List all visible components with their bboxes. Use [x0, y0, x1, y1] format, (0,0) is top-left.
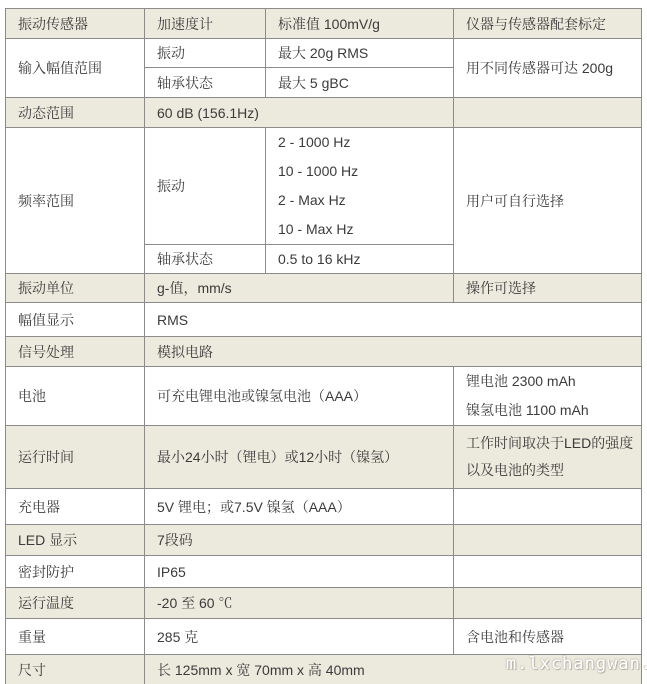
battery-note-line: 镍氢电池 1100 mAh — [466, 396, 637, 425]
frequency-range-note: 用户可自行选择 — [454, 128, 642, 274]
input-range-vibration-value: 最大 20g RMS — [266, 39, 454, 68]
label-run-time: 运行时间 — [6, 426, 145, 489]
label-battery: 电池 — [6, 367, 145, 426]
dynamic-range-row: 动态范围 60 dB (156.1Hz) — [6, 98, 642, 128]
label-vibration-unit: 振动单位 — [6, 274, 145, 303]
charger-row: 充电器 5V 锂电；或7.5V 镍氢（AAA） — [6, 489, 642, 525]
label-frequency-range: 频率范围 — [6, 128, 145, 274]
label-signal-processing: 信号处理 — [6, 337, 145, 367]
header-product: 振动传感器 — [6, 9, 145, 39]
label-dynamic-range: 动态范围 — [6, 98, 145, 128]
battery-row: 电池 可充电锂电池或镍氢电池（AAA） 锂电池 2300 mAh 镍氢电池 11… — [6, 367, 642, 426]
sealing-note-empty — [454, 556, 642, 588]
label-weight: 重量 — [6, 619, 145, 655]
vibration-unit-note: 操作可选择 — [454, 274, 642, 303]
input-range-vibration-mode: 振动 — [145, 39, 266, 68]
operating-temp-value: -20 至 60 ℃ — [145, 588, 454, 619]
header-sensor-type: 加速度计 — [145, 9, 266, 39]
sealing-row: 密封防护 IP65 — [6, 556, 642, 588]
sealing-value: IP65 — [145, 556, 454, 588]
vibration-unit-row: 振动单位 g-值，mm/s 操作可选择 — [6, 274, 642, 303]
battery-value: 可充电锂电池或镍氢电池（AAA） — [145, 367, 454, 426]
spec-table: 振动传感器 加速度计 标准值 100mV/g 仪器与传感器配套标定 输入幅值范围… — [5, 8, 642, 684]
header-row: 振动传感器 加速度计 标准值 100mV/g 仪器与传感器配套标定 — [6, 9, 642, 39]
amplitude-display-row: 幅值显示 RMS — [6, 303, 642, 337]
label-input-range: 输入幅值范围 — [6, 39, 145, 98]
run-time-value: 最小24小时（锂电）或12小时（镍氢） — [145, 426, 454, 489]
watermark: m.lxchangwan.com — [506, 654, 647, 674]
input-range-bearing-mode: 轴承状态 — [145, 68, 266, 98]
dynamic-range-note-empty — [454, 98, 642, 128]
operating-temp-row: 运行温度 -20 至 60 ℃ — [6, 588, 642, 619]
frequency-bearing-mode: 轴承状态 — [145, 245, 266, 274]
battery-note-line: 锂电池 2300 mAh — [466, 367, 637, 396]
run-time-note: 工作时间取决于LED的强度 以及电池的类型 — [454, 426, 642, 489]
label-amplitude-display: 幅值显示 — [6, 303, 145, 337]
led-display-note-empty — [454, 525, 642, 556]
battery-note: 锂电池 2300 mAh 镍氢电池 1100 mAh — [454, 367, 642, 426]
frequency-option: 2 - 1000 Hz — [278, 128, 449, 157]
label-led-display: LED 显示 — [6, 525, 145, 556]
signal-processing-row: 信号处理 模拟电路 — [6, 337, 642, 367]
dynamic-range-value: 60 dB (156.1Hz) — [145, 98, 454, 128]
label-dimensions: 尺寸 — [6, 655, 145, 684]
run-time-note-line: 以及电池的类型 — [466, 457, 637, 484]
signal-processing-value: 模拟电路 — [145, 337, 642, 367]
weight-value: 285 克 — [145, 619, 454, 655]
frequency-option: 2 - Max Hz — [278, 186, 449, 215]
amplitude-display-value: RMS — [145, 303, 642, 337]
frequency-option: 10 - 1000 Hz — [278, 157, 449, 186]
frequency-range-row-vibration: 频率范围 振动 2 - 1000 Hz 10 - 1000 Hz 2 - Max… — [6, 128, 642, 245]
input-range-note: 用不同传感器可达 200g — [454, 39, 642, 98]
vibration-unit-value: g-值，mm/s — [145, 274, 454, 303]
led-display-row: LED 显示 7段码 — [6, 525, 642, 556]
operating-temp-note-empty — [454, 588, 642, 619]
frequency-vibration-values: 2 - 1000 Hz 10 - 1000 Hz 2 - Max Hz 10 -… — [266, 128, 454, 245]
frequency-bearing-value: 0.5 to 16 kHz — [266, 245, 454, 274]
header-standard-value: 标准值 100mV/g — [266, 9, 454, 39]
charger-note-empty — [454, 489, 642, 525]
label-operating-temp: 运行温度 — [6, 588, 145, 619]
label-charger: 充电器 — [6, 489, 145, 525]
run-time-note-line: 工作时间取决于LED的强度 — [466, 430, 637, 457]
led-display-value: 7段码 — [145, 525, 454, 556]
header-calibration-note: 仪器与传感器配套标定 — [454, 9, 642, 39]
run-time-row: 运行时间 最小24小时（锂电）或12小时（镍氢） 工作时间取决于LED的强度 以… — [6, 426, 642, 489]
frequency-option: 10 - Max Hz — [278, 215, 449, 244]
weight-row: 重量 285 克 含电池和传感器 — [6, 619, 642, 655]
charger-value: 5V 锂电；或7.5V 镍氢（AAA） — [145, 489, 454, 525]
label-sealing: 密封防护 — [6, 556, 145, 588]
weight-note: 含电池和传感器 — [454, 619, 642, 655]
frequency-vibration-mode: 振动 — [145, 128, 266, 245]
input-range-bearing-value: 最大 5 gBC — [266, 68, 454, 98]
input-range-row-vibration: 输入幅值范围 振动 最大 20g RMS 用不同传感器可达 200g — [6, 39, 642, 68]
